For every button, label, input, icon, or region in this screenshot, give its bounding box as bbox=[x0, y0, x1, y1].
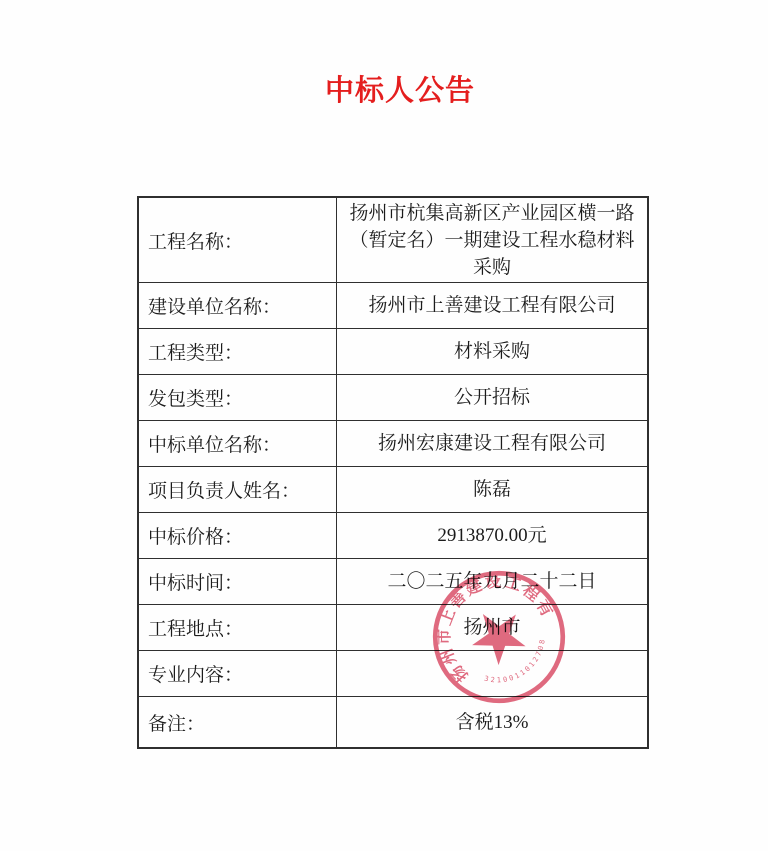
row-value: 扬州市上善建设工程有限公司 bbox=[337, 283, 647, 328]
table-row-winning-date: 中标时间： 二〇二五年九月二十二日 bbox=[139, 558, 647, 604]
row-label: 建设单位名称： bbox=[139, 283, 337, 328]
table-row-construction-unit: 建设单位名称： 扬州市上善建设工程有限公司 bbox=[139, 282, 647, 328]
row-label: 工程名称： bbox=[139, 198, 337, 282]
table-row-remarks: 备注： 含税13% bbox=[139, 696, 647, 747]
row-label: 中标价格： bbox=[139, 513, 337, 558]
row-value: 扬州市杭集高新区产业园区横一路（暂定名）一期建设工程水稳材料采购 bbox=[337, 198, 647, 282]
row-value: 材料采购 bbox=[337, 329, 647, 374]
row-label: 中标时间： bbox=[139, 559, 337, 604]
announcement-table: 工程名称： 扬州市杭集高新区产业园区横一路（暂定名）一期建设工程水稳材料采购 建… bbox=[137, 196, 649, 749]
row-value: 2913870.00元 bbox=[337, 513, 647, 558]
row-label: 项目负责人姓名： bbox=[139, 467, 337, 512]
table-row-specialty-content: 专业内容： bbox=[139, 650, 647, 696]
table-row-project-name: 工程名称： 扬州市杭集高新区产业园区横一路（暂定名）一期建设工程水稳材料采购 bbox=[139, 198, 647, 282]
row-value: 扬州宏康建设工程有限公司 bbox=[337, 421, 647, 466]
page-title: 中标人公告 bbox=[143, 68, 657, 109]
row-label: 工程地点： bbox=[139, 605, 337, 650]
row-value: 扬州市 bbox=[337, 605, 647, 650]
row-value bbox=[337, 651, 647, 696]
document-page: 中标人公告 工程名称： 扬州市杭集高新区产业园区横一路（暂定名）一期建设工程水稳… bbox=[0, 0, 768, 851]
table-row-winning-price: 中标价格： 2913870.00元 bbox=[139, 512, 647, 558]
row-value: 陈磊 bbox=[337, 467, 647, 512]
row-label: 专业内容： bbox=[139, 651, 337, 696]
table-row-project-location: 工程地点： 扬州市 bbox=[139, 604, 647, 650]
row-label: 备注： bbox=[139, 697, 337, 747]
row-label: 发包类型： bbox=[139, 375, 337, 420]
row-value: 公开招标 bbox=[337, 375, 647, 420]
row-label: 工程类型： bbox=[139, 329, 337, 374]
table-row-winning-unit: 中标单位名称： 扬州宏康建设工程有限公司 bbox=[139, 420, 647, 466]
row-value: 含税13% bbox=[337, 697, 647, 747]
table-row-project-type: 工程类型： 材料采购 bbox=[139, 328, 647, 374]
row-label: 中标单位名称： bbox=[139, 421, 337, 466]
table-row-project-manager: 项目负责人姓名： 陈磊 bbox=[139, 466, 647, 512]
table-row-tender-type: 发包类型： 公开招标 bbox=[139, 374, 647, 420]
row-value: 二〇二五年九月二十二日 bbox=[337, 559, 647, 604]
